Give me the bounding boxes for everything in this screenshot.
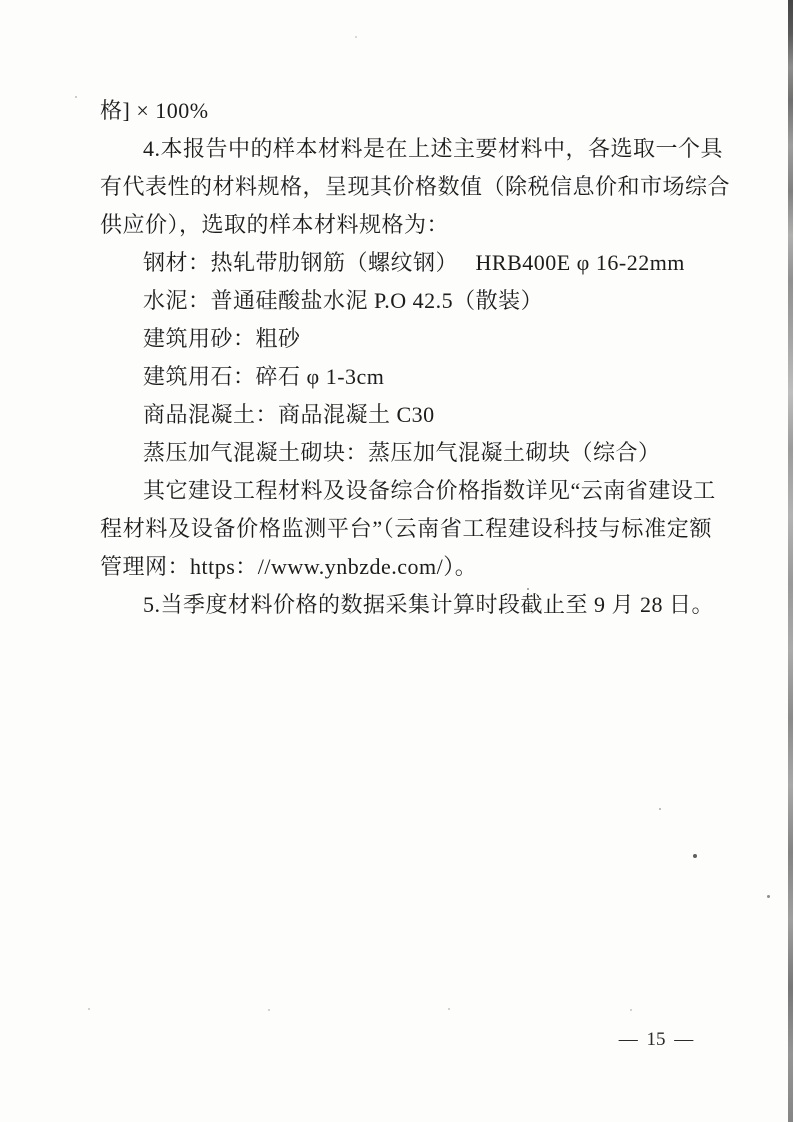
scan-edge-artifact (788, 0, 793, 1122)
scan-speck (630, 1009, 632, 1011)
text-line-08: 建筑用石：碎石 φ 1-3cm (100, 358, 712, 396)
text-line-13: 管理网：https：//www.ynbzde.com/）。 (100, 548, 712, 586)
text-line-10: 蒸压加气混凝土砌块：蒸压加气混凝土砌块（综合） (100, 434, 712, 472)
body-text: 格] × 100% 4.本报告中的样本材料是在上述主要材料中，各选取一个具 有代… (100, 92, 712, 624)
scan-speck (527, 588, 529, 590)
scan-speck (693, 854, 697, 858)
text-line-01: 格] × 100% (100, 92, 712, 130)
text-line-05: 钢材：热轧带肋钢筋（螺纹钢） HRB400E φ 16-22mm (100, 244, 712, 282)
scan-speck (659, 808, 661, 810)
scan-speck (355, 36, 357, 38)
text-line-09: 商品混凝土：商品混凝土 C30 (100, 396, 712, 434)
scan-speck (75, 96, 77, 98)
text-line-04: 供应价），选取的样本材料规格为： (100, 206, 712, 244)
page-number: — 15 — (598, 1029, 714, 1051)
text-line-12: 程材料及设备价格监测平台”（云南省工程建设科技与标准定额 (100, 510, 712, 548)
scan-speck (767, 895, 770, 898)
scan-speck (268, 1009, 270, 1011)
text-line-14: 5.当季度材料价格的数据采集计算时段截止至 9 月 28 日。 (100, 586, 712, 624)
text-line-11: 其它建设工程材料及设备综合价格指数详见“云南省建设工 (100, 472, 712, 510)
text-line-07: 建筑用砂：粗砂 (100, 320, 712, 358)
scan-speck (448, 1008, 450, 1010)
text-line-02: 4.本报告中的样本材料是在上述主要材料中，各选取一个具 (100, 130, 712, 168)
text-line-06: 水泥：普通硅酸盐水泥 P.O 42.5（散装） (100, 282, 712, 320)
text-line-03: 有代表性的材料规格，呈现其价格数值（除税信息价和市场综合 (100, 168, 712, 206)
document-page: 格] × 100% 4.本报告中的样本材料是在上述主要材料中，各选取一个具 有代… (0, 0, 794, 1122)
scan-speck (88, 1008, 90, 1010)
